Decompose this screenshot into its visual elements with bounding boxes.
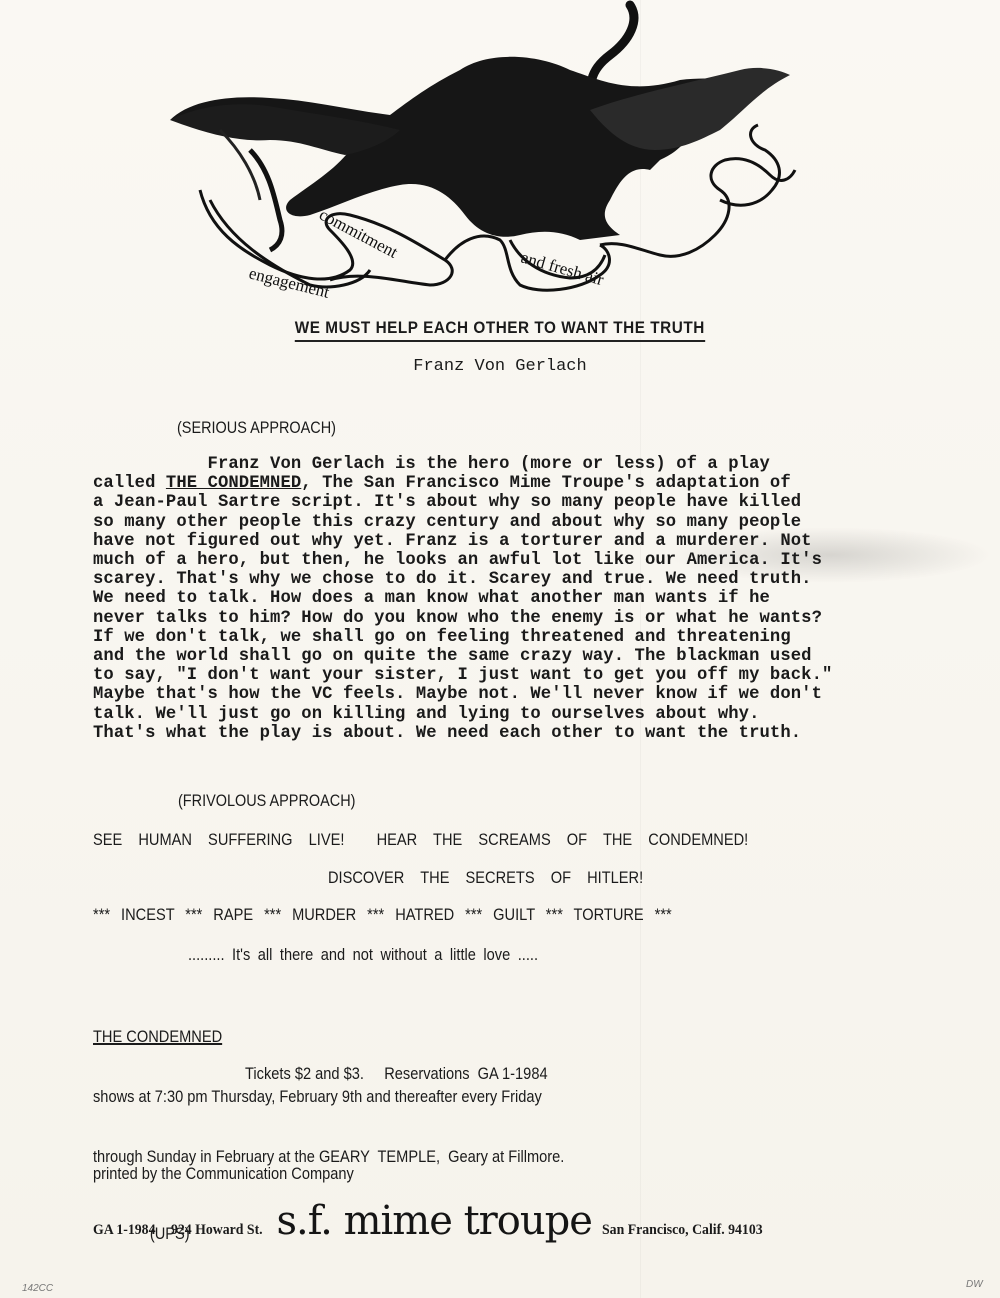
paragraph-line: We need to talk. How does a man know wha… [93, 589, 933, 608]
frivolous-line-2: DISCOVER THE SECRETS OF HITLER! [328, 868, 643, 888]
document-page: engagement commitment and fresh air WE M… [0, 0, 1000, 1298]
archive-mark-right: DW [966, 1279, 983, 1290]
paragraph-line: If we don't talk, we shall go on feeling… [93, 628, 933, 647]
frivolous-approach-label: (FRIVOLOUS APPROACH) [178, 791, 355, 811]
troupe-logo: s.f. mime troupe [277, 1198, 592, 1244]
paragraph-line: talk. We'll just go on killing and lying… [93, 705, 933, 724]
paragraph-line: scarey. That's why we chose to do it. Sc… [93, 570, 933, 589]
tickets-reservations: Tickets $2 and $3. Reservations GA 1-198… [245, 1064, 548, 1084]
frivolous-line-1: SEE HUMAN SUFFERING LIVE! HEAR THE SCREA… [93, 830, 748, 850]
footer-address: 924 Howard St. [171, 1222, 263, 1239]
frivolous-line-3: *** INCEST *** RAPE *** MURDER *** HATRE… [93, 905, 672, 925]
paragraph-line: Franz Von Gerlach is the hero (more or l… [93, 455, 933, 474]
paragraph-line: have not figured out why yet. Franz is a… [93, 532, 933, 551]
footer-city: San Francisco, Calif. 94103 [602, 1222, 763, 1239]
frivolous-line-4: ......... It's all there and not without… [188, 945, 538, 965]
paragraph-line: to say, "I don't want your sister, I jus… [93, 666, 933, 685]
letterhead-footer: GA 1-1984 924 Howard St. s.f. mime troup… [93, 1198, 777, 1242]
paragraph-line: called THE CONDEMNED, The San Francisco … [93, 474, 933, 493]
ribbon-word-engagement: engagement [247, 263, 332, 300]
ribbon-word-commitment: commitment [316, 205, 401, 262]
paragraph-line: and the world shall go on quite the same… [93, 647, 933, 666]
paragraph-line: a Jean-Paul Sartre script. It's about wh… [93, 493, 933, 512]
line-prefix: called [93, 474, 166, 493]
show-schedule-line-1: shows at 7:30 pm Thursday, February 9th … [93, 1087, 564, 1107]
archive-mark-left: 142CC [22, 1283, 53, 1294]
line-rest: , The San Francisco Mime Troupe's adapta… [301, 474, 790, 493]
paragraph-line: That's what the play is about. We need e… [93, 724, 933, 743]
printed-by-line-1: printed by the Communication Company [93, 1164, 354, 1184]
subhead: Franz Von Gerlach [0, 357, 1000, 376]
headline-text: WE MUST HELP EACH OTHER TO WANT THE TRUT… [295, 318, 705, 342]
dragon-icon: engagement commitment and fresh air [160, 0, 800, 300]
paragraph-line: much of a hero, but then, he looks an aw… [93, 551, 933, 570]
headline: WE MUST HELP EACH OTHER TO WANT THE TRUT… [0, 318, 1000, 342]
paragraph-line: Maybe that's how the VC feels. Maybe not… [93, 685, 933, 704]
play-title-underlined: THE CONDEMNED [166, 474, 301, 493]
dragon-illustration: engagement commitment and fresh air [160, 0, 800, 300]
paragraph-line: so many other people this crazy century … [93, 513, 933, 532]
serious-paragraph: Franz Von Gerlach is the hero (more or l… [93, 455, 933, 743]
ribbon-word-fresh-air: and fresh air [519, 248, 606, 290]
serious-approach-label: (SERIOUS APPROACH) [177, 418, 336, 438]
paragraph-line: never talks to him? How do you know who … [93, 609, 933, 628]
show-title: THE CONDEMNED [93, 1027, 564, 1047]
footer-phone: GA 1-1984 [93, 1222, 155, 1239]
